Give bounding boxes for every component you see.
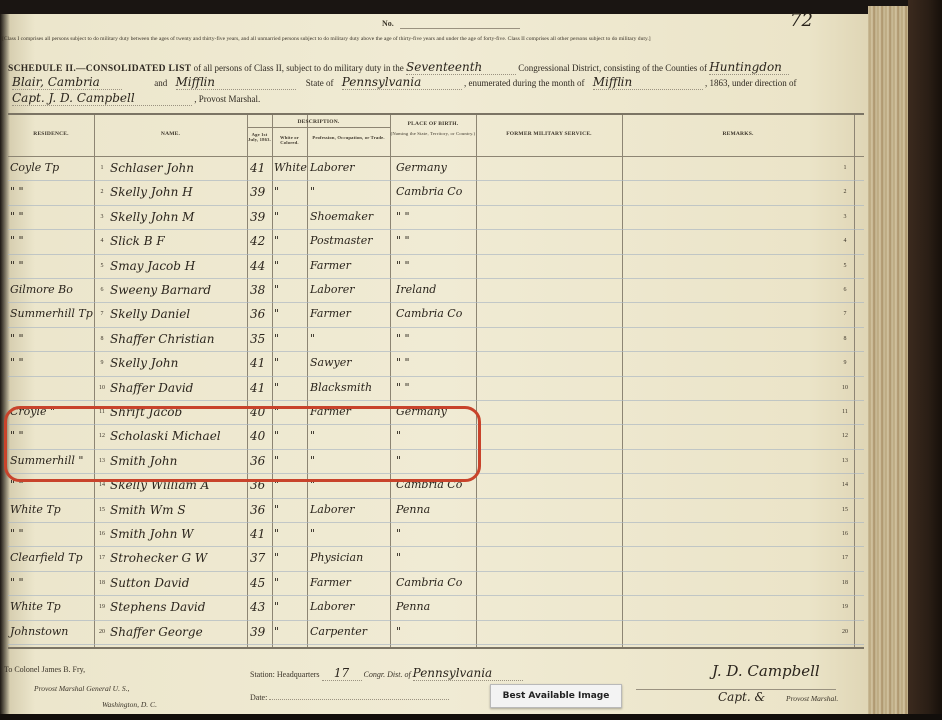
row-rule <box>8 546 864 547</box>
cell-name: Shaffer Christian <box>110 332 214 346</box>
cell-color: " <box>274 185 279 198</box>
cell-name: Smith John W <box>110 527 193 541</box>
header-remarks: REMARKS. <box>622 131 854 137</box>
consolidated-list-table: RESIDENCE. NAME. DESCRIPTION. Age 1st Ju… <box>8 113 864 649</box>
row-number: 14 <box>95 482 109 488</box>
row-number: 8 <box>95 336 109 342</box>
county3-field: Mifflin <box>176 75 296 90</box>
bottom-background <box>0 714 942 720</box>
cell-birth: " " <box>396 210 410 223</box>
cell-residence: Clearfield Tp <box>10 551 83 564</box>
class-definition-preamble: [Class I comprises all persons subject t… <box>2 36 651 42</box>
cell-age: 41 <box>250 381 265 395</box>
title-text-2: Congressional District, consisting of th… <box>518 63 707 73</box>
row-number: 18 <box>95 580 109 586</box>
page-edges <box>868 6 910 720</box>
header-bottom-rule <box>8 156 864 157</box>
cell-residence: Summerhill Tp <box>10 307 93 320</box>
cell-age: 36 <box>250 307 265 321</box>
header-age: Age 1st July, 1863. <box>247 132 272 143</box>
cell-occupation: Blacksmith <box>310 381 372 394</box>
cell-occupation: Laborer <box>310 283 355 296</box>
cell-name: Shaffer George <box>110 625 203 639</box>
row-rule <box>8 644 864 645</box>
row-rule <box>8 205 864 206</box>
year-text: , 1863, under direction of <box>705 78 796 88</box>
row-number: 7 <box>95 311 109 317</box>
cell-name: Slick B F <box>110 234 165 248</box>
remarks-line-number: 10 <box>838 385 852 391</box>
remarks-line-number: 20 <box>838 629 852 635</box>
row-number: 4 <box>95 238 109 244</box>
cell-birth: " " <box>396 332 410 345</box>
station-text: Congr. Dist. of <box>364 670 411 679</box>
row-rule <box>8 254 864 255</box>
cell-residence: " " <box>10 527 24 540</box>
signature: J. D. Campbell <box>712 662 820 680</box>
remarks-line-number: 17 <box>838 555 852 561</box>
date-line: Date: <box>250 693 449 702</box>
and-text: and <box>154 78 167 88</box>
cell-color: " <box>274 600 279 613</box>
cell-color: " <box>274 210 279 223</box>
remarks-line-number: 3 <box>838 214 852 220</box>
cell-birth: Cambria Co <box>396 185 462 198</box>
cell-residence: White Tp <box>10 600 61 613</box>
row-rule <box>8 302 864 303</box>
cell-birth: Cambria Co <box>396 307 462 320</box>
col-divider <box>307 115 308 647</box>
cell-name: Skelly Daniel <box>110 307 190 321</box>
remarks-line-number: 18 <box>838 580 852 586</box>
remarks-line-number: 7 <box>838 311 852 317</box>
station-district: 17 <box>322 666 362 681</box>
col-divider <box>247 115 248 647</box>
header-former-service: FORMER MILITARY SERVICE. <box>476 131 622 137</box>
cell-color: " <box>274 527 279 540</box>
row-rule <box>8 400 864 401</box>
cell-occupation: Laborer <box>310 503 355 516</box>
cell-color: " <box>274 503 279 516</box>
cell-name: Stephens David <box>110 600 205 614</box>
best-available-image-badge: Best Available Image <box>490 684 622 708</box>
cell-residence: Johnstown <box>10 625 68 638</box>
cell-name: Skelly John <box>110 356 178 370</box>
cell-residence: Coyle Tp <box>10 161 59 174</box>
row-number: 19 <box>95 604 109 610</box>
cell-occupation: Farmer <box>310 307 351 320</box>
row-number: 2 <box>95 189 109 195</box>
cell-color: White <box>274 161 307 174</box>
row-rule <box>8 278 864 279</box>
cell-name: Smay Jacob H <box>110 259 195 273</box>
header-white-colored: White or Colored. <box>272 135 307 146</box>
cell-age: 41 <box>250 161 265 175</box>
cell-color: " <box>274 551 279 564</box>
cell-age: 42 <box>250 234 265 248</box>
signature-role: Provost Marshal. <box>786 694 838 703</box>
cell-residence: " " <box>10 332 24 345</box>
cell-occupation: Farmer <box>310 576 351 589</box>
remarks-line-number: 19 <box>838 604 852 610</box>
provost-text: , Provost Marshal. <box>194 94 260 104</box>
schedule-heading: SCHEDULE II.—CONSOLIDATED LIST <box>8 64 191 74</box>
cell-age: 37 <box>250 551 265 565</box>
row-number: 17 <box>95 555 109 561</box>
date-label: Date: <box>250 693 267 702</box>
cell-birth: Germany <box>396 161 447 174</box>
row-rule <box>8 522 864 523</box>
highlight-annotation-rows-11-13 <box>4 406 481 482</box>
cell-color: " <box>274 332 279 345</box>
row-rule <box>8 351 864 352</box>
remarks-line-number: 11 <box>838 409 852 415</box>
cell-name: Skelly John M <box>110 210 194 224</box>
station-label: Station: Headquarters <box>250 670 320 679</box>
signature-title: Capt. & <box>718 690 765 704</box>
cell-residence: " " <box>10 234 24 247</box>
cell-age: 41 <box>250 356 265 370</box>
county1-field: Huntingdon <box>709 60 789 75</box>
state-of-text: State of <box>306 78 334 88</box>
remarks-line-number: 4 <box>838 238 852 244</box>
row-number: 5 <box>95 263 109 269</box>
row-number: 20 <box>95 629 109 635</box>
month-field: Mifflin <box>593 75 703 90</box>
schedule-title: SCHEDULE II.—CONSOLIDATED LIST of all pe… <box>8 60 789 75</box>
row-number: 16 <box>95 531 109 537</box>
row-rule <box>8 376 864 377</box>
cell-age: 36 <box>250 503 265 517</box>
addressee-line: To Colonel James B. Fry, <box>4 665 85 674</box>
cell-name: Sutton David <box>110 576 189 590</box>
col-divider <box>476 115 477 647</box>
book-cover <box>908 0 942 720</box>
remarks-line-number: 9 <box>838 360 852 366</box>
cell-color: " <box>274 381 279 394</box>
cell-occupation: Laborer <box>310 161 355 174</box>
cell-birth: " <box>396 527 401 540</box>
remarks-line-number: 6 <box>838 287 852 293</box>
row-rule <box>8 498 864 499</box>
cell-birth: Ireland <box>396 283 436 296</box>
cell-color: " <box>274 283 279 296</box>
cell-age: 39 <box>250 210 265 224</box>
header-place-note: (Naming the State, Territory, or Country… <box>390 131 476 136</box>
cell-residence: " " <box>10 210 24 223</box>
cell-name: Sweeny Barnard <box>110 283 211 297</box>
cell-color: " <box>274 307 279 320</box>
row-rule <box>8 229 864 230</box>
cell-birth: " <box>396 625 401 638</box>
cell-occupation: Postmaster <box>310 234 372 247</box>
cell-age: 39 <box>250 625 265 639</box>
remarks-line-number: 5 <box>838 263 852 269</box>
cell-residence: Gilmore Bo <box>10 283 73 296</box>
cell-age: 43 <box>250 600 265 614</box>
cell-occupation: Sawyer <box>310 356 352 369</box>
cell-residence: " " <box>10 185 24 198</box>
row-rule <box>8 595 864 596</box>
col-divider <box>854 115 855 647</box>
cell-occupation: Carpenter <box>310 625 367 638</box>
header-description: DESCRIPTION. <box>247 119 390 125</box>
handwritten-page-number: 72 <box>790 10 813 31</box>
cell-residence: " " <box>10 259 24 272</box>
row-number: 6 <box>95 287 109 293</box>
cell-residence: White Tp <box>10 503 61 516</box>
cell-age: 44 <box>250 259 265 273</box>
cell-color: " <box>274 576 279 589</box>
district-field: Seventeenth <box>406 60 516 75</box>
cell-birth: Penna <box>396 503 430 516</box>
row-number: 10 <box>95 385 109 391</box>
cell-age: 38 <box>250 283 265 297</box>
title-line-3: Capt. J. D. Campbell , Provost Marshal. <box>12 91 260 106</box>
cell-name: Strohecker G W <box>110 551 207 565</box>
row-rule <box>8 327 864 328</box>
cell-birth: " " <box>396 356 410 369</box>
cell-occupation: Laborer <box>310 600 355 613</box>
row-number: 1 <box>95 165 109 171</box>
remarks-line-number: 16 <box>838 531 852 537</box>
cell-residence: " " <box>10 576 24 589</box>
cell-name: Schlaser John <box>110 161 194 175</box>
date-field <box>269 699 449 700</box>
cell-color: " <box>274 625 279 638</box>
cell-age: 41 <box>250 527 265 541</box>
cell-birth: Penna <box>396 600 430 613</box>
header-profession: Profession, Occupation, or Trade. <box>307 135 390 140</box>
number-label: No. <box>382 19 394 28</box>
station-state: Pennsylvania <box>413 666 523 681</box>
title-text-1: of all persons of Class II, subject to d… <box>194 63 404 73</box>
cell-age: 45 <box>250 576 265 590</box>
cell-birth: Cambria Co <box>396 576 462 589</box>
col-divider <box>272 115 273 647</box>
col-divider <box>622 115 623 647</box>
cell-occupation: Shoemaker <box>310 210 373 223</box>
row-rule <box>8 620 864 621</box>
description-rule <box>247 127 390 128</box>
cell-birth: " " <box>396 381 410 394</box>
remarks-line-number: 8 <box>838 336 852 342</box>
station-line: Station: Headquarters 17 Congr. Dist. of… <box>250 666 523 681</box>
cell-birth: " <box>396 551 401 564</box>
cell-residence: " " <box>10 356 24 369</box>
cell-age: 35 <box>250 332 265 346</box>
marshal-field: Capt. J. D. Campbell <box>12 91 192 106</box>
row-number: 15 <box>95 507 109 513</box>
remarks-line-number: 14 <box>838 482 852 488</box>
header-place-of-birth: PLACE OF BIRTH. <box>390 121 476 127</box>
cell-color: " <box>274 259 279 272</box>
cell-birth: " " <box>396 234 410 247</box>
row-number: 9 <box>95 360 109 366</box>
county-line-field: Blair, Cambria <box>12 75 122 90</box>
remarks-line-number: 2 <box>838 189 852 195</box>
cell-color: " <box>274 356 279 369</box>
washington-line: Washington, D. C. <box>102 700 157 709</box>
remarks-line-number: 12 <box>838 433 852 439</box>
row-rule <box>8 571 864 572</box>
cell-name: Smith Wm S <box>110 503 186 517</box>
cell-occupation: " <box>310 332 315 345</box>
cell-color: " <box>274 234 279 247</box>
cell-occupation: Farmer <box>310 259 351 272</box>
number-line <box>400 28 520 29</box>
cell-birth: " " <box>396 259 410 272</box>
cell-occupation: " <box>310 527 315 540</box>
enumerated-text: , enumerated during the month of <box>464 78 584 88</box>
row-number: 3 <box>95 214 109 220</box>
header-name: NAME. <box>94 131 247 137</box>
cell-occupation: Physician <box>310 551 363 564</box>
cell-age: 39 <box>250 185 265 199</box>
row-rule <box>8 180 864 181</box>
cell-name: Shaffer David <box>110 381 193 395</box>
remarks-line-number: 15 <box>838 507 852 513</box>
cell-occupation: " <box>310 185 315 198</box>
remarks-line-number: 1 <box>838 165 852 171</box>
state-field: Pennsylvania <box>342 75 462 90</box>
cell-name: Skelly John H <box>110 185 193 199</box>
remarks-line-number: 13 <box>838 458 852 464</box>
title-line-2: Blair, Cambria and Mifflin State of Penn… <box>12 75 796 90</box>
header-residence: RESIDENCE. <box>8 131 94 137</box>
pmg-line: Provost Marshal General U. S., <box>34 684 129 693</box>
col-divider <box>390 115 391 647</box>
